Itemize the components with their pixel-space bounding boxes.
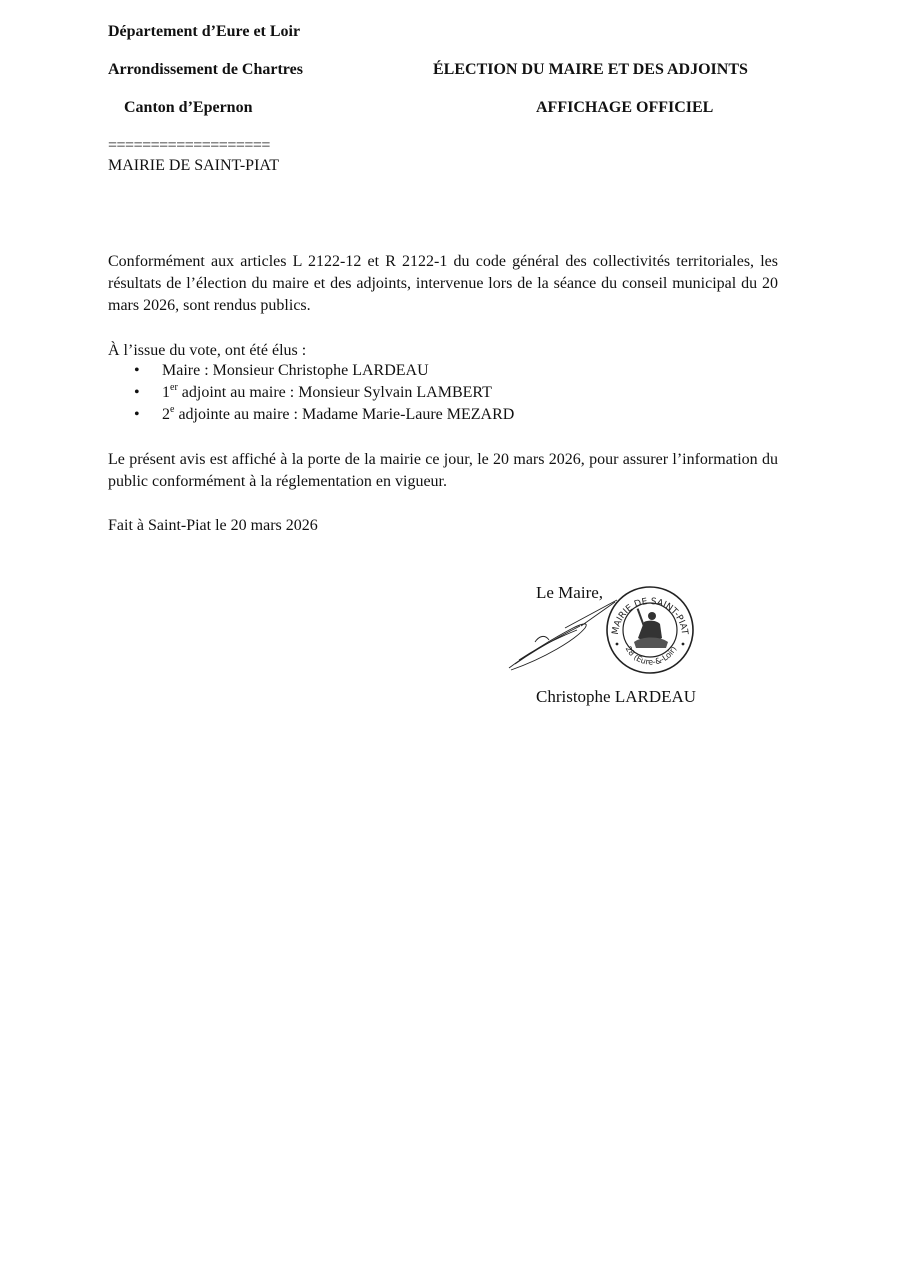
bullet-icon: • <box>134 404 140 426</box>
intro-paragraph: Conformément aux articles L 2122-12 et R… <box>108 251 778 317</box>
bullet-icon: • <box>134 382 140 404</box>
elected-rank-suffix: er <box>170 382 178 393</box>
departement-label: Département d’Eure et Loir <box>108 22 300 42</box>
mairie-label: MAIRIE DE SAINT-PIAT <box>108 156 279 176</box>
document-subtitle: AFFICHAGE OFFICIEL <box>536 98 713 118</box>
elected-text: adjointe au maire : Madame Marie-Laure M… <box>174 406 514 423</box>
elus-heading: À l’issue du vote, ont été élus : <box>108 340 306 362</box>
canton-label: Canton d’Epernon <box>124 98 252 118</box>
separator-line: =================== <box>108 139 270 153</box>
elected-rank-suffix: e <box>170 404 174 415</box>
elected-rank: 1 <box>162 384 170 401</box>
bullet-icon: • <box>134 360 140 382</box>
elected-item-2e-adjointe: • 2e adjointe au maire : Madame Marie-La… <box>108 404 514 426</box>
elected-text: Maire : Monsieur Christophe LARDEAU <box>162 362 429 379</box>
elected-item-maire: • Maire : Monsieur Christophe LARDEAU <box>108 360 514 382</box>
elected-list: • Maire : Monsieur Christophe LARDEAU • … <box>108 360 514 426</box>
elected-rank: 2 <box>162 406 170 423</box>
affichage-paragraph: Le présent avis est affiché à la porte d… <box>108 449 778 493</box>
elected-text: adjoint au maire : Monsieur Sylvain LAMB… <box>178 384 492 401</box>
elected-item-1er-adjoint: • 1er adjoint au maire : Monsieur Sylvai… <box>108 382 514 404</box>
arrondissement-label: Arrondissement de Chartres <box>108 60 303 80</box>
document-title: ÉLECTION DU MAIRE ET DES ADJOINTS <box>433 60 748 80</box>
fait-a-line: Fait à Saint-Piat le 20 mars 2026 <box>108 515 318 537</box>
signatory-name: Christophe LARDEAU <box>536 686 696 708</box>
official-seal-icon: MAIRIE DE SAINT-PIAT 28 (Eure-&-Loir) <box>604 584 696 676</box>
